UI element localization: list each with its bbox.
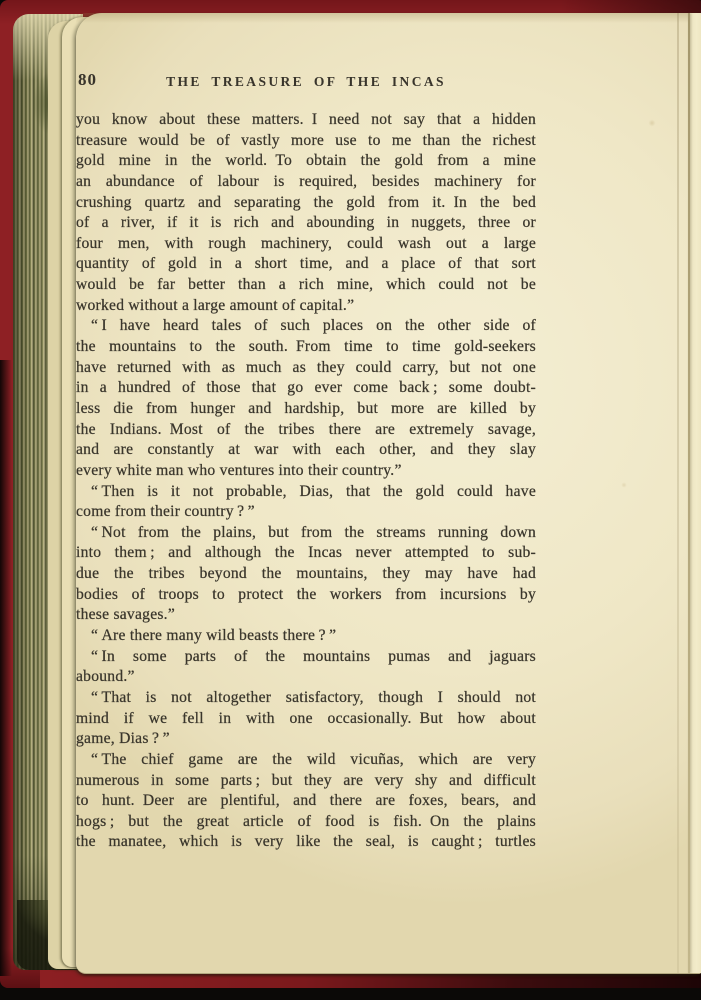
text-line: into them ; and although the Incas never… [76, 543, 536, 564]
gutter-crease-faint [677, 13, 679, 973]
text-line: would be far better than a rich mine, wh… [76, 275, 536, 296]
text-line: these savages.” [76, 605, 536, 626]
text-line: the Indians. Most of the tribes there ar… [76, 420, 536, 441]
gutter-margin [690, 13, 701, 973]
text-line: come from their country ? ” [76, 502, 536, 523]
text-line: every white man who ventures into their … [76, 461, 536, 482]
text-line: you know about these matters. I need not… [76, 110, 536, 131]
text-line: “ The chief game are the wild vicuñas, w… [76, 750, 536, 771]
text-line: and are constantly at war with each othe… [76, 440, 536, 461]
text-line: of a river, if it is rich and abounding … [76, 213, 536, 234]
text-line: “ In some parts of the mountains pumas a… [76, 647, 536, 668]
text-line: gold mine in the world. To obtain the go… [76, 151, 536, 172]
gutter-crease [688, 13, 690, 973]
text-line: four men, with rough machinery, could wa… [76, 234, 536, 255]
text-line: “ Not from the plains, but from the stre… [76, 523, 536, 544]
text-line: worked without a large amount of capital… [76, 296, 536, 317]
text-line: game, Dias ? ” [76, 729, 536, 750]
page-top-shadow [76, 13, 701, 23]
text-line: “ I have heard tales of such places on t… [76, 316, 536, 337]
text-line: to hunt. Deer are plentiful, and there a… [76, 791, 536, 812]
running-header: THE TREASURE OF THE INCAS [76, 74, 536, 90]
text-line: numerous in some parts ; but they are ve… [76, 771, 536, 792]
text-line: quantity of gold in a short time, and a … [76, 254, 536, 275]
text-line: mind if we fell in with one occasionally… [76, 709, 536, 730]
page-text: you know about these matters. I need not… [76, 110, 536, 853]
text-line: “ Then is it not probable, Dias, that th… [76, 482, 536, 503]
text-line: treasure would be of vastly more use to … [76, 131, 536, 152]
page-header: 80 THE TREASURE OF THE INCAS [76, 70, 536, 92]
text-line: an abundance of labour is required, besi… [76, 172, 536, 193]
text-line: due the tribes beyond the mountains, the… [76, 564, 536, 585]
text-line: “ Are there many wild beasts there ? ” [76, 626, 536, 647]
book-scan: { "book": { "page_number": "80", "runnin… [0, 0, 701, 1000]
text-line: the manatee, which is very like the seal… [76, 832, 536, 853]
text-line: the mountains to the south. From time to… [76, 337, 536, 358]
text-line: hogs ; but the great article of food is … [76, 812, 536, 833]
text-line: crushing quartz and separating the gold … [76, 193, 536, 214]
cover-left-shadow [0, 360, 12, 976]
text-line: in a hundred of those that go ever come … [76, 378, 536, 399]
text-line: have returned with as much as they could… [76, 358, 536, 379]
text-line: “ That is not altogether satisfactory, t… [76, 688, 536, 709]
text-line: bodies of troops to protect the workers … [76, 585, 536, 606]
text-line: abound.” [76, 667, 536, 688]
text-line: less die from hunger and hardship, but m… [76, 399, 536, 420]
